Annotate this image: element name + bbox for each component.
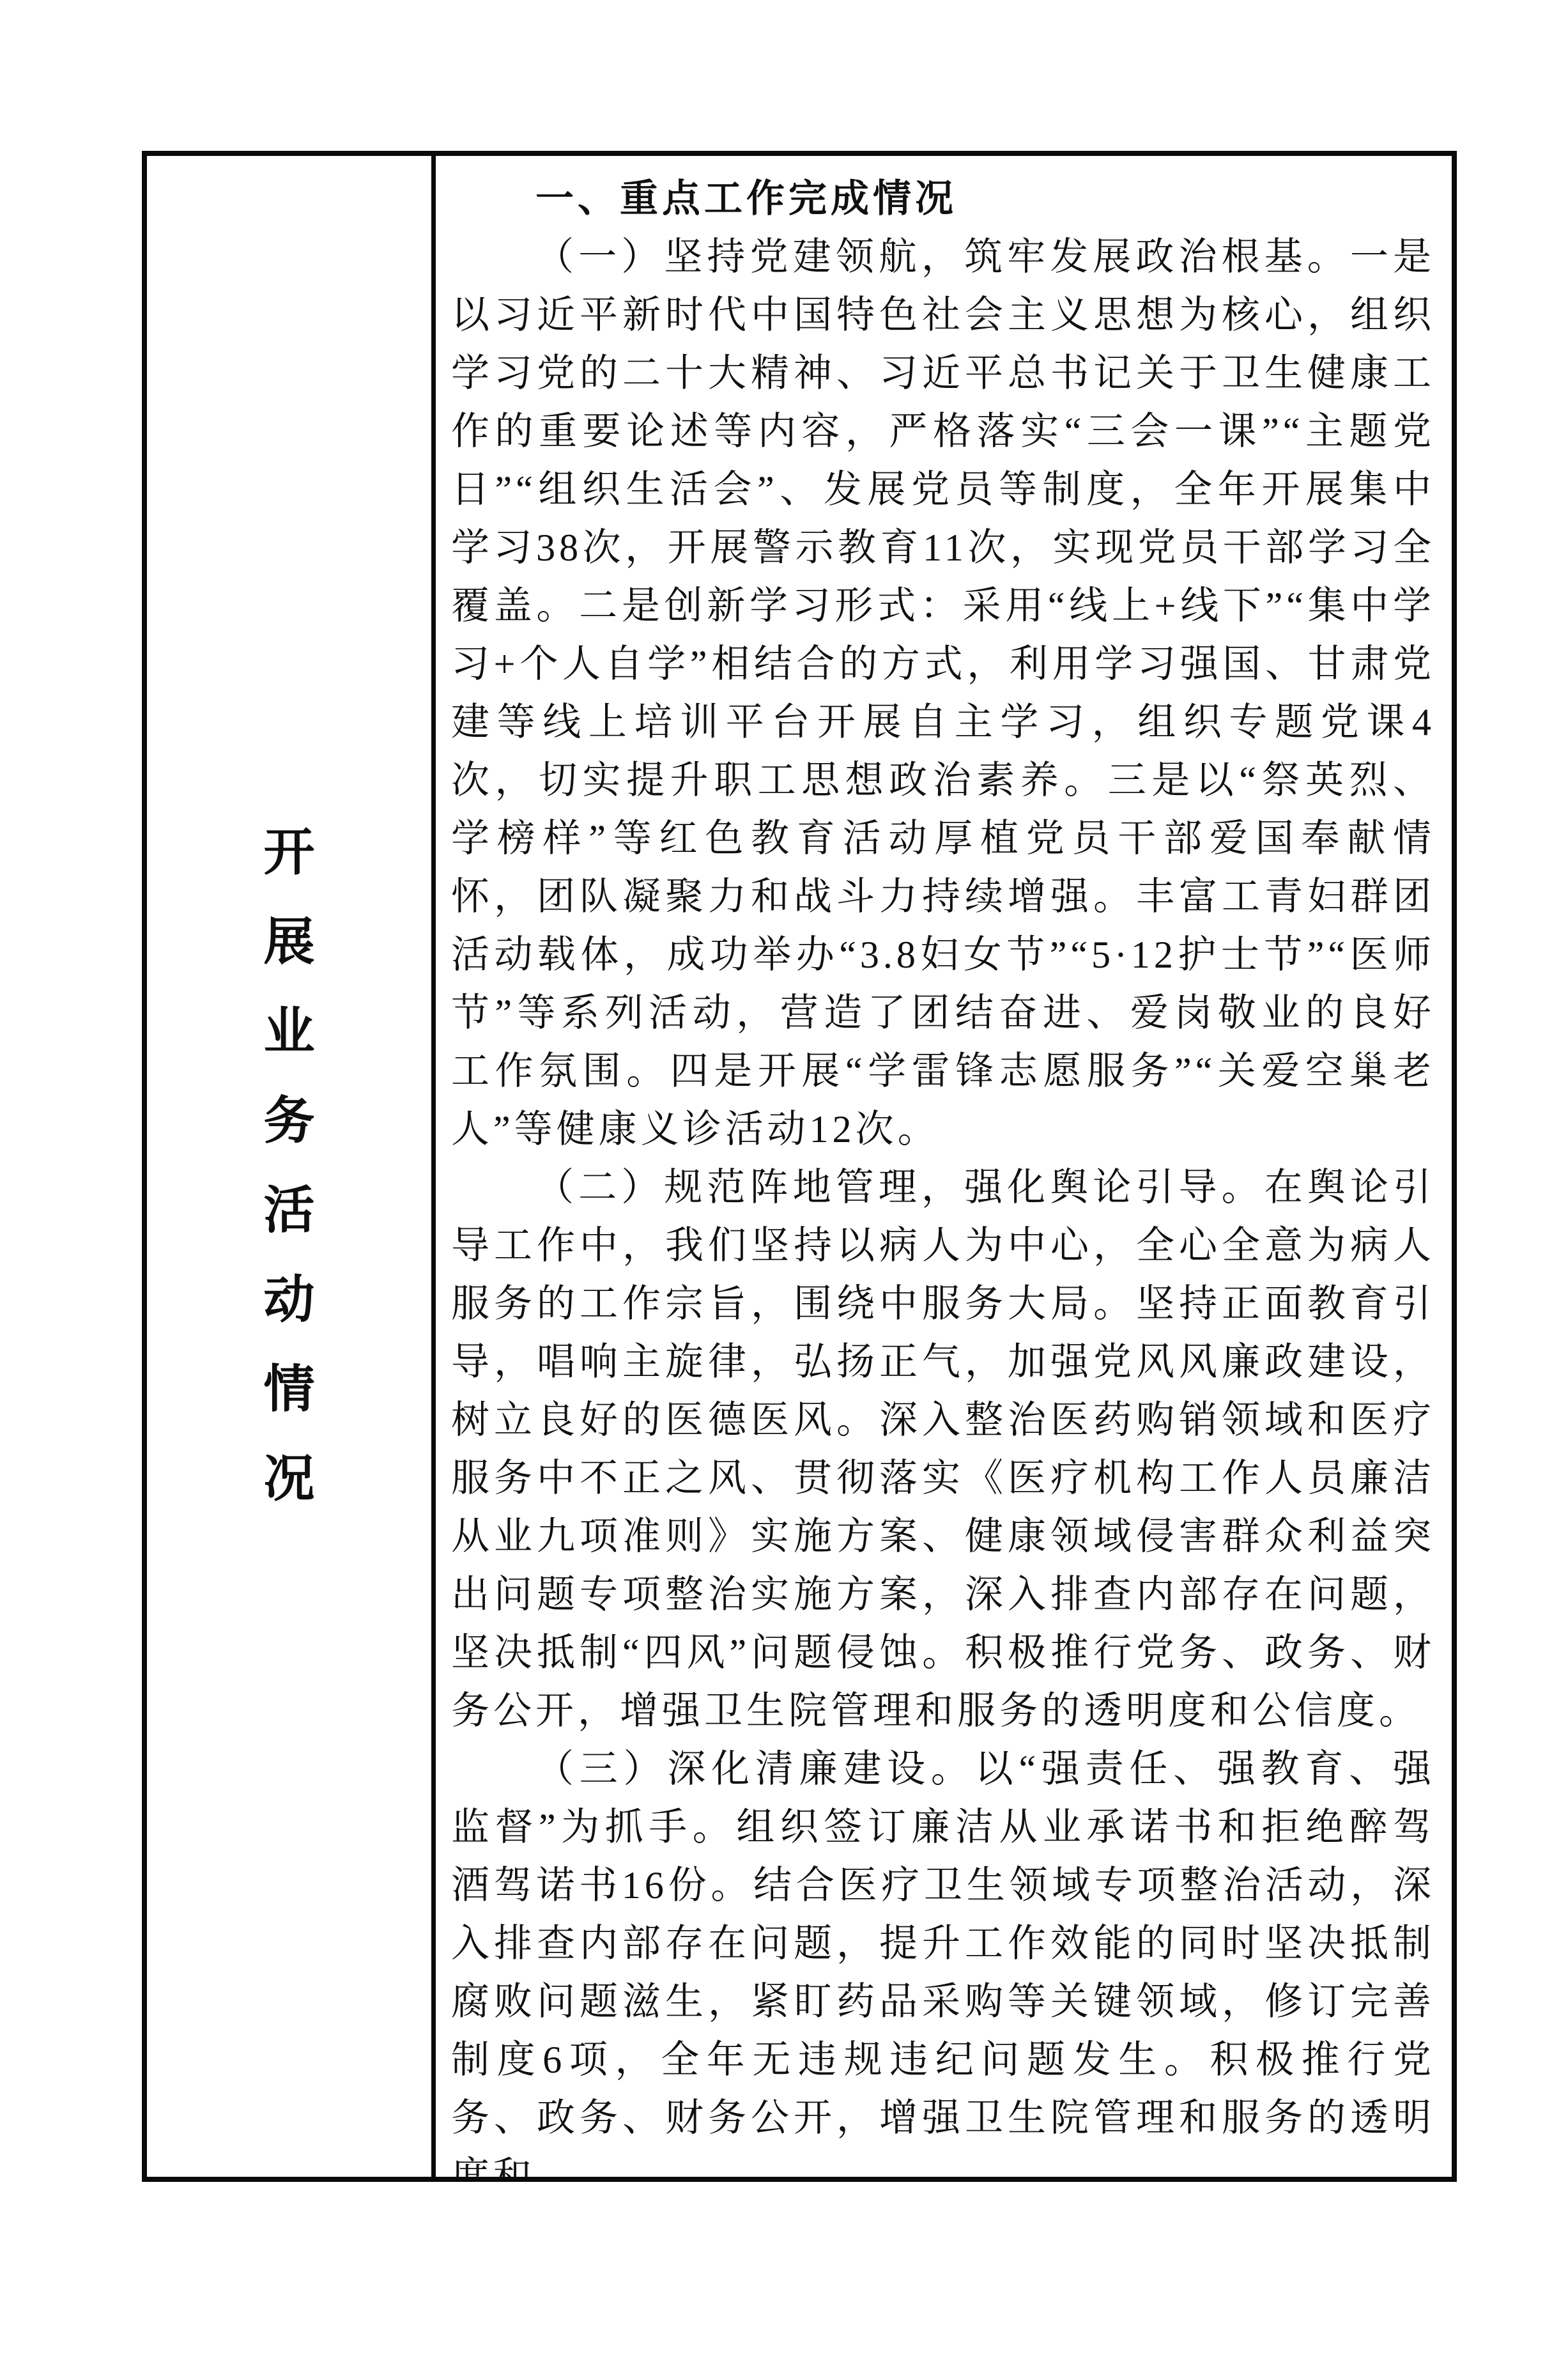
paragraph-party-building: （一）坚持党建领航，筑牢发展政治根基。一是以习近平新时代中国特色社会主义思想为核… <box>451 228 1435 1159</box>
row-header-char: 展 <box>264 917 315 968</box>
content-cell: 一、重点工作完成情况 （一）坚持党建领航，筑牢发展政治根基。一是以习近平新时代中… <box>436 156 1452 2177</box>
row-header-char: 务 <box>264 1096 315 1147</box>
row-header-char: 活 <box>264 1186 315 1237</box>
row-header-cell: 开 展 业 务 活 动 情 况 <box>147 156 436 2177</box>
row-header-char: 业 <box>264 1007 315 1058</box>
row-header-char: 动 <box>264 1275 315 1326</box>
report-table: 开 展 业 务 活 动 情 况 一、重点工作完成情况 （一）坚持党建领航，筑牢发… <box>142 151 1457 2182</box>
paragraph-public-opinion: （二）规范阵地管理，强化舆论引导。在舆论引导工作中，我们坚持以病人为中心，全心全… <box>451 1159 1435 1740</box>
row-header-char: 况 <box>264 1454 315 1505</box>
paragraph-integrity-building: （三）深化清廉建设。以“强责任、强教育、强监督”为抓手。组织签订廉洁从业承诺书和… <box>451 1740 1435 2177</box>
row-header-char: 情 <box>264 1364 315 1416</box>
scanned-report-page: 开 展 业 务 活 动 情 况 一、重点工作完成情况 （一）坚持党建领航，筑牢发… <box>0 0 1568 2357</box>
section-heading: 一、重点工作完成情况 <box>451 170 1435 228</box>
row-header-char: 开 <box>264 828 315 879</box>
